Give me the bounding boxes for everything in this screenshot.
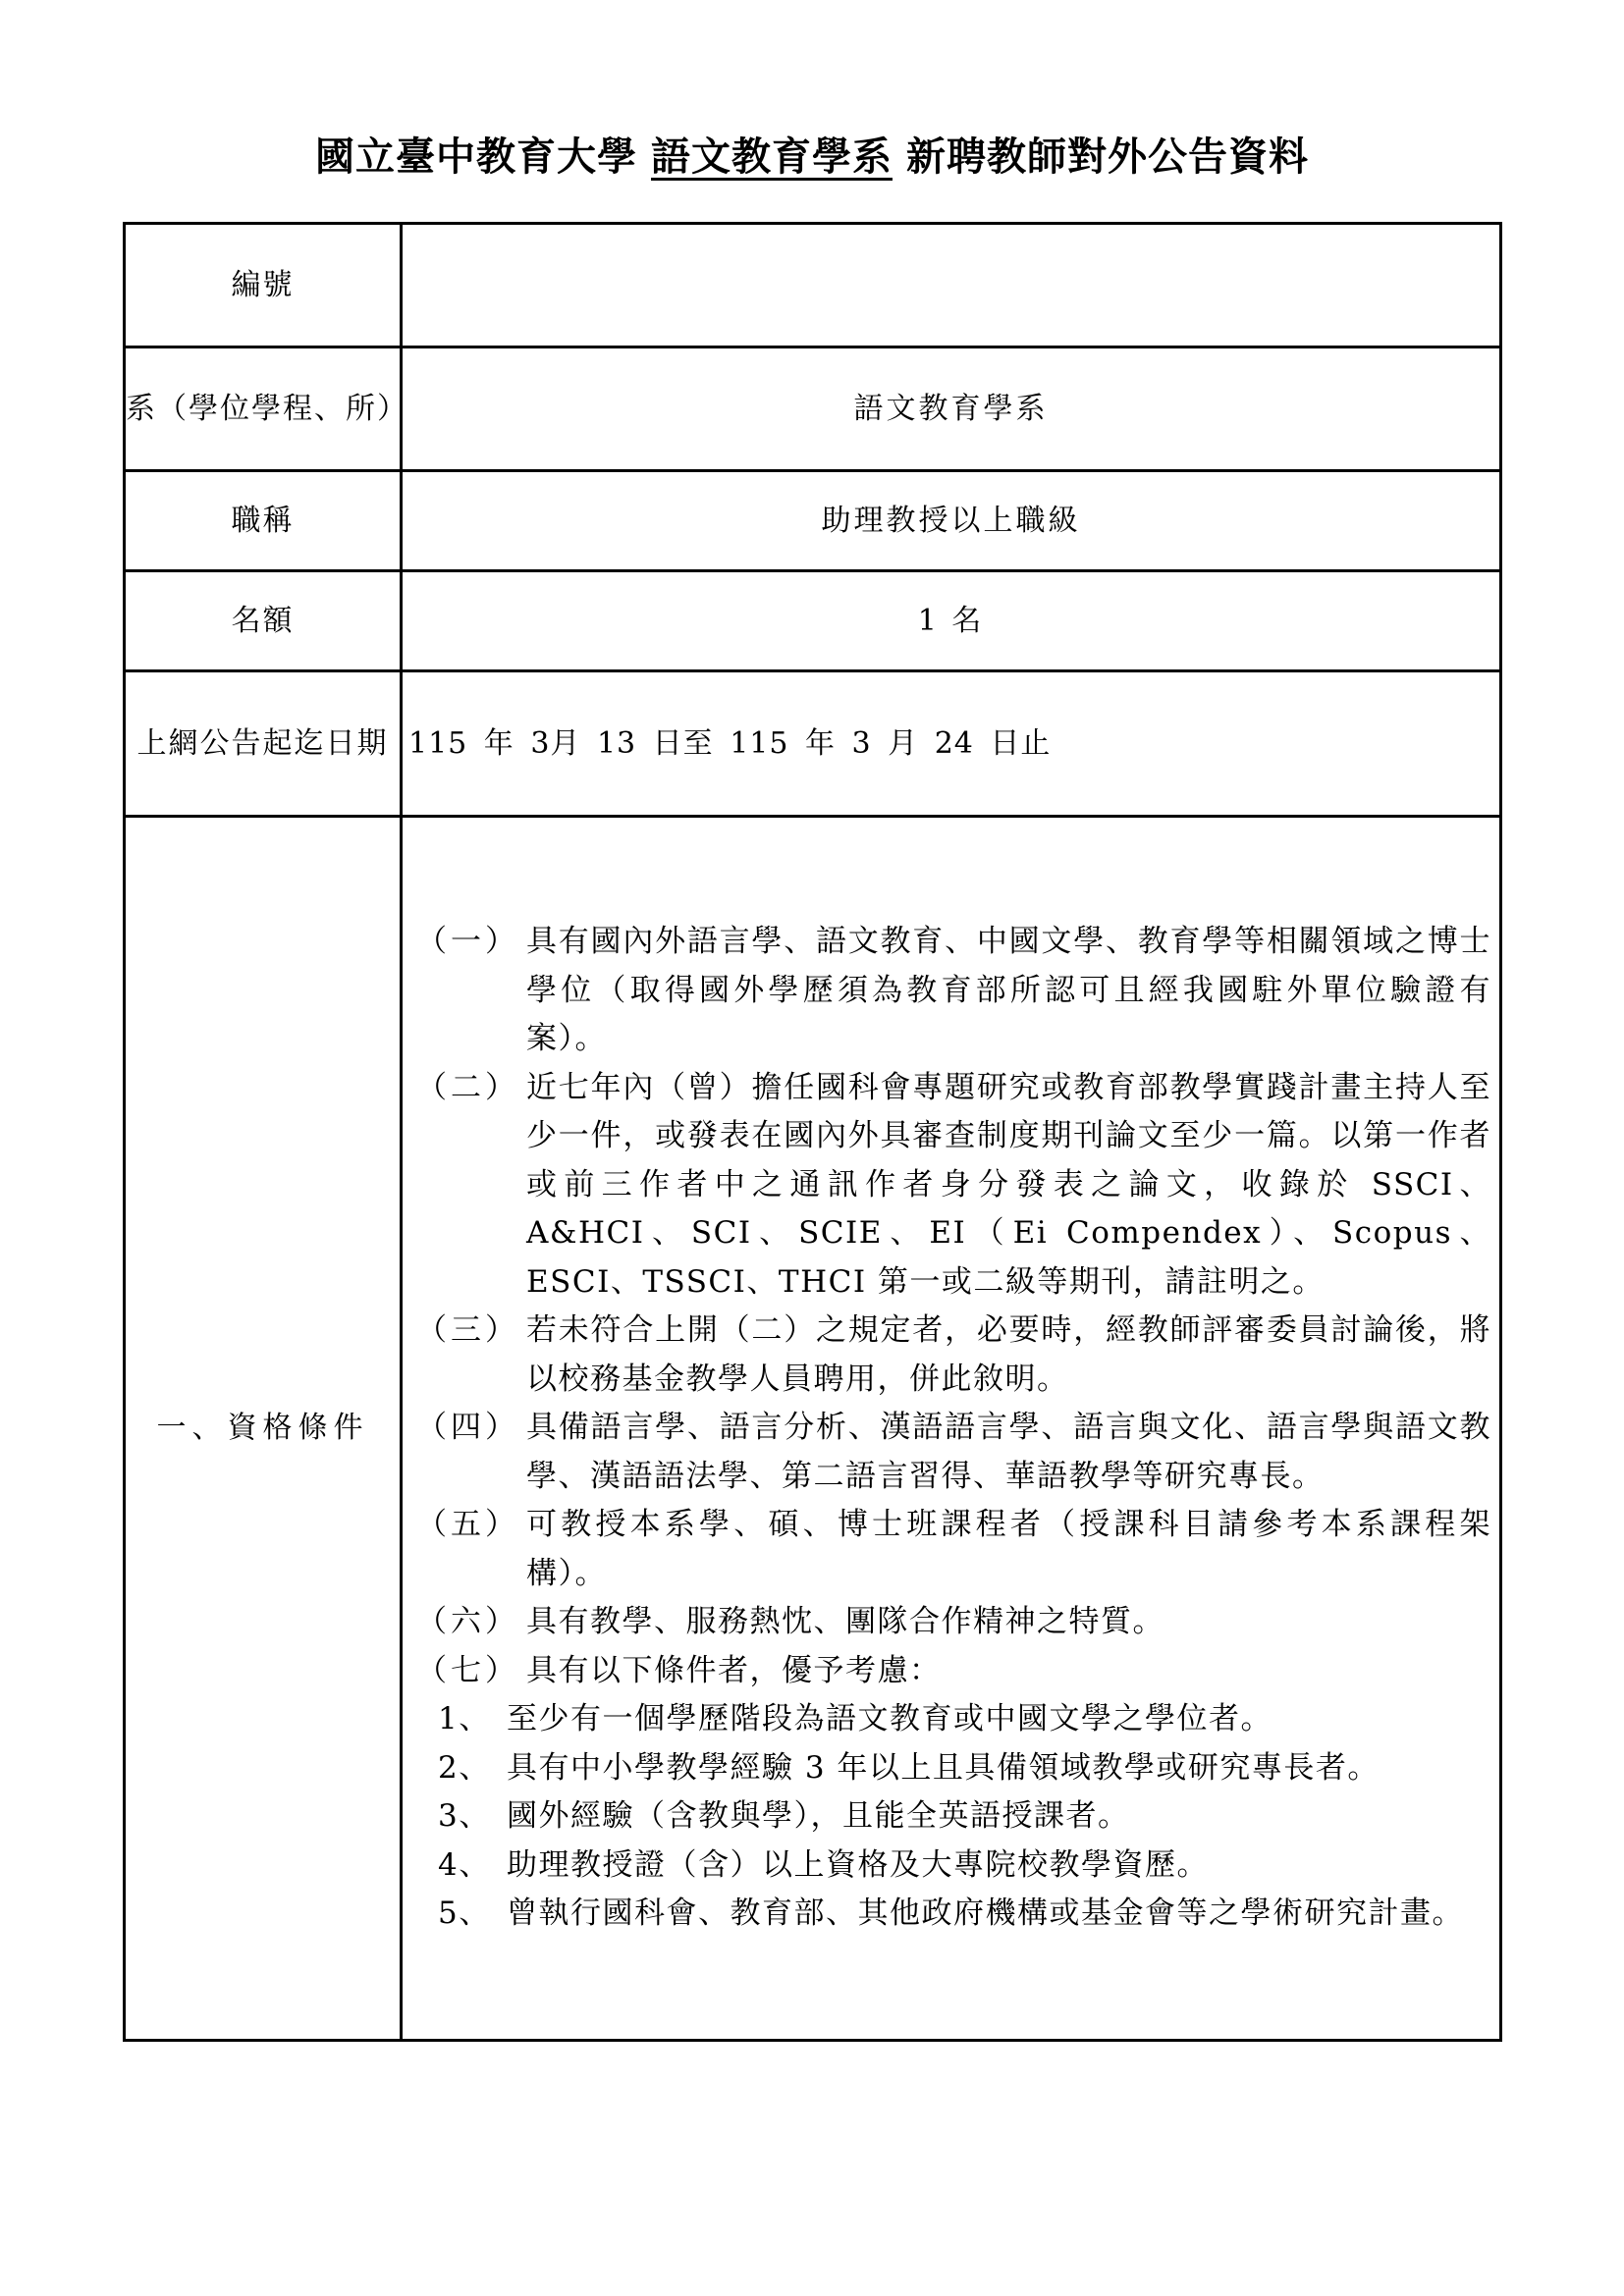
value-job-title: 助理教授以上職級 — [402, 471, 1501, 571]
qualification-item: （七） 具有以下條件者，優予考慮： — [416, 1647, 1491, 1696]
announcement-table: 編號 系（學位學程、所） 語文教育學系 職稱 助理教授以上職級 名額 1 名 上… — [123, 222, 1502, 2042]
value-quota: 1 名 — [402, 571, 1501, 671]
label-department: 系（學位學程、所） — [125, 347, 402, 471]
sub-item-text: 國外經驗（含教與學），且能全英語授課者。 — [507, 1792, 1491, 1842]
label-number: 編號 — [125, 224, 402, 347]
label-quota: 名額 — [125, 571, 402, 671]
qualification-item: （五） 可教授本系學、碩、博士班課程者（授課科目請參考本系課程架構）。 — [416, 1501, 1491, 1598]
title-suffix: 新聘教師對外公告資料 — [906, 133, 1309, 180]
value-number — [402, 224, 1501, 347]
label-job-title: 職稱 — [125, 471, 402, 571]
row-department: 系（學位學程、所） 語文教育學系 — [125, 347, 1501, 471]
sub-item-text: 助理教授證（含）以上資格及大專院校教學資歷。 — [507, 1842, 1491, 1891]
item-number: （六） — [416, 1598, 526, 1647]
item-text: 具有教學、服務熱忱、團隊合作精神之特質。 — [526, 1598, 1491, 1647]
item-number: （七） — [416, 1647, 526, 1696]
preferred-condition-item: 2、 具有中小學教學經驗 3 年以上且具備領域教學或研究專長者。 — [416, 1744, 1491, 1793]
item-number: （一） — [416, 918, 526, 1064]
sub-item-number: 5、 — [438, 1890, 507, 1939]
item-text: 可教授本系學、碩、博士班課程者（授課科目請參考本系課程架構）。 — [526, 1501, 1491, 1598]
qualification-item: （四） 具備語言學、語言分析、漢語語言學、語言與文化、語言學與語文教學、漢語語法… — [416, 1404, 1491, 1501]
item-text: 近七年內（曾）擔任國科會專題研究或教育部教學實踐計畫主持人至少一件，或發表在國內… — [526, 1064, 1491, 1308]
row-qualifications: 一、資格條件 （一） 具有國內外語言學、語文教育、中國文學、教育學等相關領域之博… — [125, 817, 1501, 2041]
row-number: 編號 — [125, 224, 1501, 347]
item-text: 具備語言學、語言分析、漢語語言學、語言與文化、語言學與語文教學、漢語語法學、第二… — [526, 1404, 1491, 1501]
row-quota: 名額 1 名 — [125, 571, 1501, 671]
preferred-condition-item: 3、 國外經驗（含教與學），且能全英語授課者。 — [416, 1792, 1491, 1842]
sub-item-number: 3、 — [438, 1792, 507, 1842]
sub-item-text: 至少有一個學歷階段為語文教育或中國文學之學位者。 — [507, 1695, 1491, 1744]
item-number: （五） — [416, 1501, 526, 1598]
page-title: 國立臺中教育大學語文教育學系新聘教師對外公告資料 — [0, 126, 1624, 182]
sub-item-number: 4、 — [438, 1842, 507, 1891]
row-posting-dates: 上網公告起迄日期 115 年 3月 13 日至 115 年 3 月 24 日止 — [125, 671, 1501, 817]
value-department: 語文教育學系 — [402, 347, 1501, 471]
preferred-condition-item: 1、 至少有一個學歷階段為語文教育或中國文學之學位者。 — [416, 1695, 1491, 1744]
value-posting-dates: 115 年 3月 13 日至 115 年 3 月 24 日止 — [402, 671, 1501, 817]
item-number: （四） — [416, 1404, 526, 1501]
sub-item-text: 曾執行國科會、教育部、其他政府機構或基金會等之學術研究計畫。 — [507, 1890, 1491, 1939]
preferred-condition-item: 5、 曾執行國科會、教育部、其他政府機構或基金會等之學術研究計畫。 — [416, 1890, 1491, 1939]
label-qualifications: 一、資格條件 — [125, 817, 402, 2041]
row-job-title: 職稱 助理教授以上職級 — [125, 471, 1501, 571]
qualification-list: （一） 具有國內外語言學、語文教育、中國文學、教育學等相關領域之博士學位（取得國… — [403, 900, 1499, 1956]
qualification-item: （三） 若未符合上開（二）之規定者，必要時，經教師評審委員討論後，將以校務基金教… — [416, 1307, 1491, 1404]
item-text: 若未符合上開（二）之規定者，必要時，經教師評審委員討論後，將以校務基金教學人員聘… — [526, 1307, 1491, 1404]
item-text: 具有以下條件者，優予考慮： — [526, 1647, 1491, 1696]
item-text: 具有國內外語言學、語文教育、中國文學、教育學等相關領域之博士學位（取得國外學歷須… — [526, 918, 1491, 1064]
sub-item-number: 1、 — [438, 1695, 507, 1744]
qualification-item: （二） 近七年內（曾）擔任國科會專題研究或教育部教學實踐計畫主持人至少一件，或發… — [416, 1064, 1491, 1308]
qualification-item: （六） 具有教學、服務熱忱、團隊合作精神之特質。 — [416, 1598, 1491, 1647]
value-qualifications: （一） 具有國內外語言學、語文教育、中國文學、教育學等相關領域之博士學位（取得國… — [402, 817, 1501, 2041]
sub-item-number: 2、 — [438, 1744, 507, 1793]
label-posting-dates: 上網公告起迄日期 — [125, 671, 402, 817]
preferred-condition-item: 4、 助理教授證（含）以上資格及大專院校教學資歷。 — [416, 1842, 1491, 1891]
item-number: （二） — [416, 1064, 526, 1308]
sub-item-text: 具有中小學教學經驗 3 年以上且具備領域教學或研究專長者。 — [507, 1744, 1491, 1793]
title-department: 語文教育學系 — [651, 133, 893, 180]
item-number: （三） — [416, 1307, 526, 1404]
qualification-item: （一） 具有國內外語言學、語文教育、中國文學、教育學等相關領域之博士學位（取得國… — [416, 918, 1491, 1064]
title-university: 國立臺中教育大學 — [315, 133, 637, 180]
